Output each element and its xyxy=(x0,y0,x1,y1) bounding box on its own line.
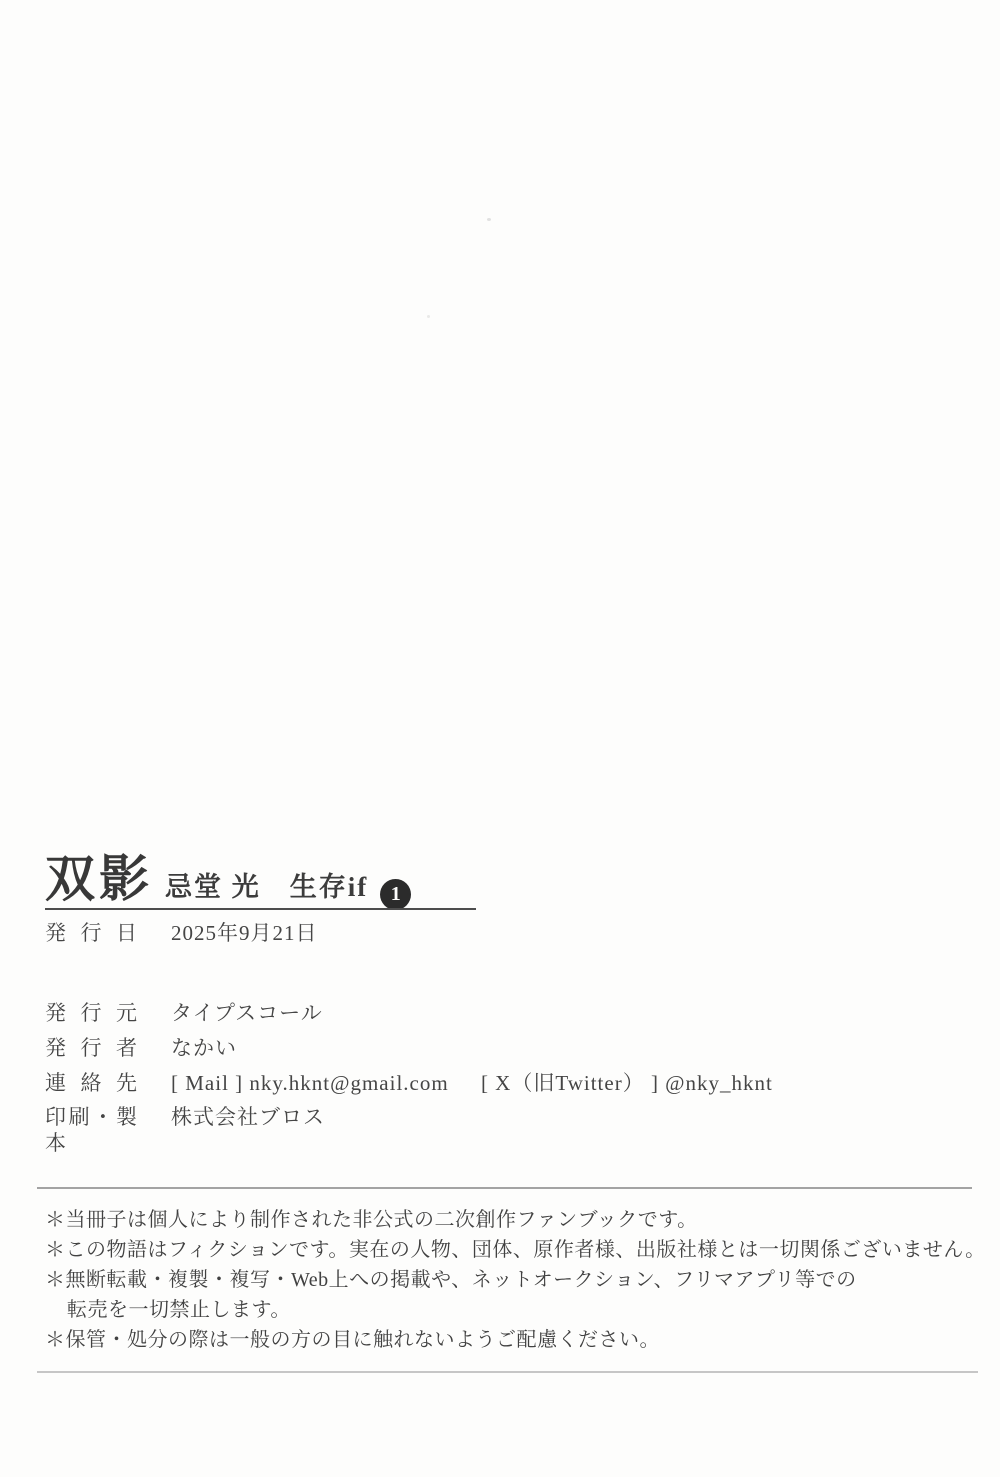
issuer-value: なかい xyxy=(171,1035,237,1061)
printing-value: 株式会社ブロス xyxy=(171,1104,325,1156)
contact-label: 連絡先 xyxy=(45,1070,137,1096)
publisher-label: 発行元 xyxy=(45,1000,137,1026)
volume-number-badge: 1 xyxy=(380,879,411,910)
publication-date-label: 発行日 xyxy=(45,920,137,946)
colophon-page: 双影 忌堂 光 生存if 1 発行日 2025年9月21日 発行元 タイプスコー… xyxy=(0,0,1000,1477)
publication-date-value: 2025年9月21日 xyxy=(171,920,318,946)
notice-storage-disposal: ＊保管・処分の際は一般の方の目に触れないようご配慮ください。 xyxy=(45,1325,975,1355)
publisher-value: タイプスコール xyxy=(171,1000,323,1026)
title-block: 双影 忌堂 光 生存if 1 xyxy=(45,852,411,907)
row-printing: 印刷・製本 株式会社ブロス xyxy=(45,1104,325,1156)
notice-no-reproduction-continued: 転売を一切禁止します。 xyxy=(45,1295,975,1325)
row-publication-date: 発行日 2025年9月21日 xyxy=(45,920,318,946)
title-underline-rule xyxy=(45,908,476,910)
row-publisher: 発行元 タイプスコール xyxy=(45,1000,323,1026)
notices-block: ＊当冊子は個人により制作された非公式の二次創作ファンブックです。 ＊この物語はフ… xyxy=(45,1205,975,1355)
row-issuer: 発行者 なかい xyxy=(45,1035,237,1061)
notice-unofficial-fanbook: ＊当冊子は個人により制作された非公式の二次創作ファンブックです。 xyxy=(45,1205,975,1235)
notices-bottom-rule xyxy=(37,1371,978,1373)
notice-no-reproduction: ＊無断転載・複製・複写・Web上への掲載や、ネットオークション、フリマアプリ等で… xyxy=(45,1265,975,1295)
book-title: 双影 xyxy=(45,852,153,907)
contact-x-account: [ X（旧Twitter） ] @nky_hknt xyxy=(481,1071,773,1095)
book-subtitle: 忌堂 光 生存if xyxy=(165,865,368,904)
scan-artifact-dot xyxy=(487,218,491,221)
scan-artifact-dot xyxy=(427,315,430,318)
notices-top-rule xyxy=(37,1187,972,1189)
contact-value: [ Mail ] nky.hknt@gmail.com [ X（旧Twitter… xyxy=(171,1070,773,1096)
notice-fiction-disclaimer: ＊この物語はフィクションです。実在の人物、団体、原作者様、出版社様とは一切関係ご… xyxy=(45,1235,975,1265)
printing-label: 印刷・製本 xyxy=(45,1104,137,1156)
row-contact: 連絡先 [ Mail ] nky.hknt@gmail.com [ X（旧Twi… xyxy=(45,1070,773,1096)
issuer-label: 発行者 xyxy=(45,1035,137,1061)
contact-mail-address: [ Mail ] nky.hknt@gmail.com xyxy=(171,1071,449,1095)
